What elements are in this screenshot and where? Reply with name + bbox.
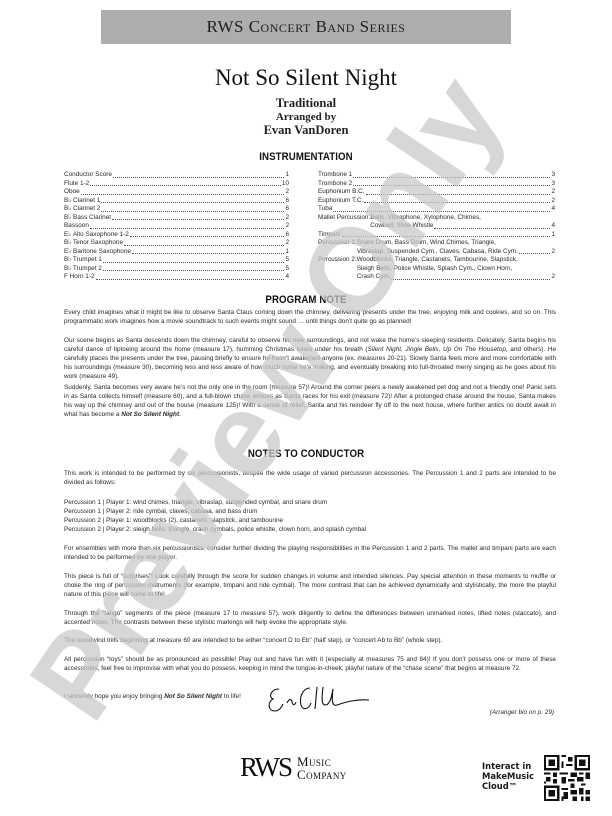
leader-dots: [90, 185, 281, 186]
player-line: Percussion 1 | Player 2: ride cymbal, cl…: [64, 508, 556, 517]
instrument-name: Euphonium T.C.: [318, 197, 363, 206]
instrument-item-timpani: Timpani1: [318, 231, 555, 240]
rws-monogram: RWS: [240, 752, 291, 783]
arranger-bio-reference: (Arranger bio on p. 29): [490, 709, 554, 716]
instrument-name: Bassoon: [64, 222, 89, 231]
notes-to-conductor-heading: NOTES TO CONDUCTOR: [37, 448, 576, 460]
instrumentation-list-left: Conductor Score1Flute 1-210Oboe2B♭ Clari…: [64, 171, 289, 282]
instrument-item-mallet: Mallet Percussion: Bells, Vibraphone, Xy…: [318, 214, 555, 231]
instrument-item: Oboe2: [64, 188, 289, 197]
publisher-wordmark: Music Company: [297, 755, 347, 781]
arranger-name: Evan VanDoren: [0, 123, 612, 138]
program-note-paragraph-3: Suddenly, Santa becomes very aware he’s …: [64, 384, 556, 420]
part-count: 3: [551, 171, 555, 180]
part-count: 2: [285, 239, 289, 248]
player-line: Percussion 1 | Player 1: wind chimes, tr…: [64, 499, 556, 508]
program-note-paragraph-1: Every child imagines what it might be li…: [64, 309, 556, 327]
leader-dots: [103, 262, 285, 263]
instrument-item: E♭ Alto Saxophone 1-26: [64, 231, 289, 240]
leader-dots: [96, 279, 285, 280]
leader-dots: [366, 194, 551, 195]
instrument-item: Conductor Score1: [64, 171, 289, 180]
qr-code-icon[interactable]: [544, 755, 590, 801]
part-count: 2: [285, 188, 289, 197]
instrument-name: B♭ Trumpet 2: [64, 265, 102, 274]
instrument-name: Trombone 2: [318, 180, 352, 189]
part-count: 2: [285, 222, 289, 231]
instrument-item: Tuba4: [318, 205, 555, 214]
instrument-name: F Horn 1-2: [64, 273, 95, 282]
notes-paragraph-ensembles: For ensembles with more than six percuss…: [64, 545, 556, 563]
instrument-name: Oboe: [64, 188, 80, 197]
instrument-item: B♭ Trumpet 25: [64, 265, 289, 274]
part-count: 6: [285, 231, 289, 240]
instrument-name: E♭ Alto Saxophone 1-2: [64, 231, 129, 240]
instrument-item: B♭ Bass Clarinet2: [64, 214, 289, 223]
part-count: 1: [285, 171, 289, 180]
part-count: 6: [285, 205, 289, 214]
part-count: 3: [551, 180, 555, 189]
series-banner: RWS Concert Band Series: [101, 10, 511, 44]
leader-dots: [112, 219, 284, 220]
instrument-item: Flute 1-210: [64, 180, 289, 189]
closing-line: I sincerely hope you enjoy bringing Not …: [64, 693, 284, 702]
instrument-name: B♭ Clarinet 2: [64, 205, 100, 214]
score-page: RWS Concert Band Series Not So Silent Ni…: [0, 0, 612, 816]
leader-dots: [101, 211, 284, 212]
instrument-item: F Horn 1-24: [64, 273, 289, 282]
piece-title: Not So Silent Night: [0, 65, 612, 91]
notes-paragraph-toys: All percussion “toys” should be as prono…: [64, 656, 556, 674]
notes-paragraph-tango: Through the “tango” segments of the piec…: [64, 610, 556, 628]
leader-dots: [333, 211, 550, 212]
notes-paragraph-surprises: This piece is full of “surprises”! Look …: [64, 573, 556, 600]
instrument-item-percussion-1: Percussion 1: Snare Drum, Bass Drum, Win…: [318, 239, 555, 256]
percussion-player-list: Percussion 1 | Player 1: wind chimes, tr…: [64, 499, 556, 535]
instrument-name: Flute 1-2: [64, 180, 89, 189]
leader-dots: [130, 236, 285, 237]
leader-dots: [113, 177, 284, 178]
instrument-item: B♭ Trumpet 15: [64, 256, 289, 265]
part-count: 6: [285, 197, 289, 206]
instrument-item: Bassoon2: [64, 222, 289, 231]
part-count: 2: [551, 188, 555, 197]
instrumentation-heading: INSTRUMENTATION: [37, 151, 576, 163]
composer: Traditional: [0, 96, 612, 111]
instrument-item: E♭ Baritone Saxophone1: [64, 248, 289, 257]
part-count: 4: [551, 205, 555, 214]
instrument-item-percussion-2: Percussion 2: Woodblocks, Triangle, Cast…: [318, 256, 555, 282]
series-title: RWS Concert Band Series: [207, 17, 406, 37]
leader-dots: [81, 194, 285, 195]
leader-dots: [132, 253, 284, 254]
instrument-item: B♭ Clarinet 26: [64, 205, 289, 214]
player-line: Percussion 2 | Player 1: woodblocks (2),…: [64, 517, 556, 526]
instrument-name: B♭ Trumpet 1: [64, 256, 102, 265]
arranger-signature: [265, 683, 370, 717]
leader-dots: [364, 202, 550, 203]
rws-music-company-logo: RWS Music Company: [240, 752, 347, 783]
instrument-item: Euphonium T.C.2: [318, 197, 555, 206]
part-count: 1: [285, 248, 289, 257]
instrument-name: Conductor Score: [64, 171, 112, 180]
part-count: 5: [285, 256, 289, 265]
leader-dots: [353, 185, 550, 186]
instrument-name: B♭ Tenor Saxophone: [64, 239, 123, 248]
instrument-item: Trombone 23: [318, 180, 555, 189]
makemusic-cloud-caption: Interact in MakeMusic Cloud™: [482, 761, 534, 791]
notes-paragraph-intro: This work is intended to be performed by…: [64, 470, 556, 488]
arranged-by-label: Arranged by: [0, 111, 612, 123]
instrument-item: B♭ Tenor Saxophone2: [64, 239, 289, 248]
leader-dots: [124, 245, 284, 246]
part-count: 4: [285, 273, 289, 282]
instrumentation-list-right: Trombone 13Trombone 23Euphonium B.C.2Eup…: [318, 171, 555, 282]
instrument-name: B♭ Bass Clarinet: [64, 214, 111, 223]
leader-dots: [101, 202, 284, 203]
instrument-item: Trombone 13: [318, 171, 555, 180]
part-count: 5: [285, 265, 289, 274]
instrument-item: B♭ Clarinet 16: [64, 197, 289, 206]
instrument-name: E♭ Baritone Saxophone: [64, 248, 131, 257]
instrument-name: Euphonium B.C.: [318, 188, 365, 197]
instrument-name: Tuba: [318, 205, 332, 214]
instrument-name: Trombone 1: [318, 171, 352, 180]
leader-dots: [103, 270, 285, 271]
part-count: 10: [282, 180, 289, 189]
part-count: 2: [285, 214, 289, 223]
program-note-heading: PROGRAM NOTE: [37, 294, 576, 306]
leader-dots: [353, 177, 550, 178]
instrument-name: B♭ Clarinet 1: [64, 197, 100, 206]
part-count: 2: [551, 197, 555, 206]
leader-dots: [90, 228, 285, 229]
player-line: Percussion 2 | Player 2: sleigh bells, t…: [64, 526, 556, 535]
program-note-paragraph-2: Our scene begins as Santa descends down …: [64, 337, 556, 382]
notes-paragraph-trills: The woodwind trills beginning at measure…: [64, 637, 556, 646]
instrument-item: Euphonium B.C.2: [318, 188, 555, 197]
